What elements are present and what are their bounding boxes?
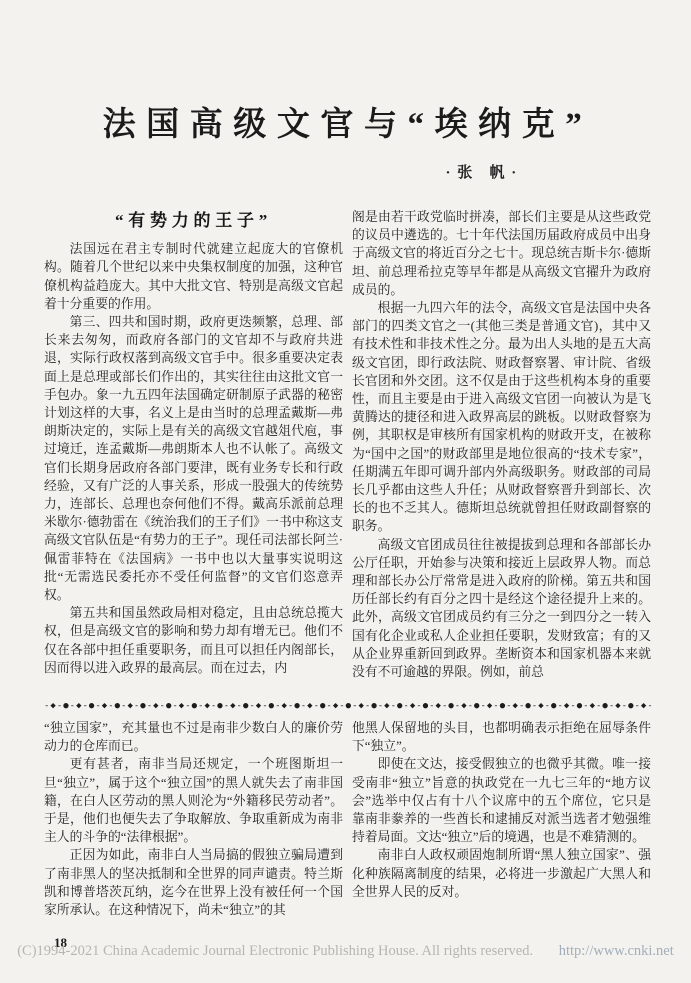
paragraph: 正因为如此，南非白人当局搞的假独立骗局遭到了南非黑人的坚决抵制和全世界的同声谴责…: [44, 846, 343, 919]
article-title: 法国高级文官与“埃纳克”: [44, 98, 651, 145]
section-heading: “有势力的王子”: [44, 212, 343, 230]
paragraph: 南非白人政权顽固炮制所谓“黑人独立国家”、强化种族隔离制度的结果，必将进一步激起…: [352, 846, 651, 901]
paragraph: 根据一九四六年的法令，高级文官是法国中央各部门的四类文官之一(其他三类是普通文官…: [352, 299, 651, 536]
section-divider: -◆-●-◆-●-◆-●-◆-●-◆-●-◆-●-◆-●-◆-●-◆-●-◆-●…: [44, 699, 651, 713]
paragraph: 即使在文达，接受假独立的也微乎其微。唯一接受南非“独立”旨意的执政党在一九七三年…: [352, 755, 651, 846]
bottom-article-left-column: “独立国家”，充其量也不过是南非少数白人的廉价劳动力的仓库而已。 更有甚者，南非…: [44, 719, 343, 931]
paragraph: 阁是由若干政党临时拼凑，部长们主要是从这些政党的议员中遴选的。七十年代法国历届政…: [352, 208, 651, 299]
paragraph: 第五共和国虽然政局相对稳定，且由总统总揽大权，但是高级文官的影响和势力却有增无已…: [44, 604, 343, 677]
paragraph: 高级文官团成员往往被提拔到总理和各部部长办公厅任职，开始参与决策和接近上层政界人…: [352, 536, 651, 682]
author-byline: ·张 帆·: [44, 161, 651, 182]
main-article-columns: “有势力的王子” 法国远在君主专制时代就建立起庞大的官僚机构。随着几个世纪以来中…: [44, 208, 651, 694]
paragraph: 第三、四共和国时期，政府更迭频繁，总理、部长来去匆匆，而政府各部门的文官却不与政…: [44, 313, 343, 604]
bottom-article-right-column: 他黑人保留地的头目，也都明确表示拒绝在屈辱条件下“独立”。 即使在文达，接受假独…: [352, 719, 651, 931]
bottom-article-columns: “独立国家”，充其量也不过是南非少数白人的廉价劳动力的仓库而已。 更有甚者，南非…: [44, 719, 651, 931]
paragraph: “独立国家”，充其量也不过是南非少数白人的廉价劳动力的仓库而已。: [44, 719, 343, 755]
footer-copyright: (C)1994-2021 China Academic Journal Elec…: [17, 943, 533, 959]
paragraph: 法国远在君主专制时代就建立起庞大的官僚机构。随着几个世纪以来中央集权制度的加强，…: [44, 240, 343, 313]
journal-page: 法国高级文官与“埃纳克” ·张 帆· “有势力的王子” 法国远在君主专制时代就建…: [0, 0, 691, 983]
paragraph: 更有甚者，南非当局还规定，一个班图斯坦一旦“独立”，属于这个“独立国”的黑人就失…: [44, 755, 343, 846]
page-footer: 18 (C)1994-2021 China Academic Journal E…: [0, 923, 691, 983]
main-article-left-column: “有势力的王子” 法国远在君主专制时代就建立起庞大的官僚机构。随着几个世纪以来中…: [44, 208, 343, 694]
footer-url: http://www.cnki.net: [559, 943, 674, 959]
footer-line: (C)1994-2021 China Academic Journal Elec…: [0, 943, 691, 960]
paragraph: 他黑人保留地的头目，也都明确表示拒绝在屈辱条件下“独立”。: [352, 719, 651, 755]
main-article-right-column: 阁是由若干政党临时拼凑，部长们主要是从这些政党的议员中遴选的。七十年代法国历届政…: [352, 208, 651, 694]
